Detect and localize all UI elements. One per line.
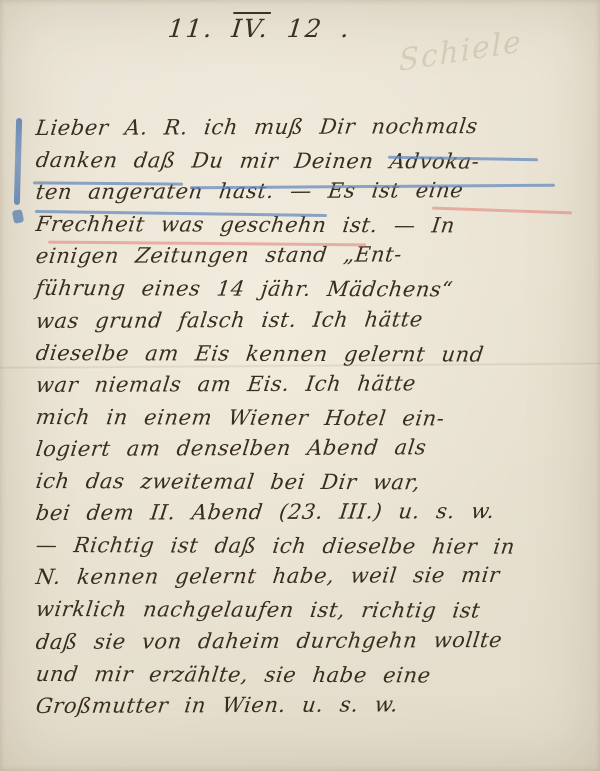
date-day: 11.: [166, 14, 215, 43]
date-line: 11. IV. 12 .: [166, 14, 352, 43]
date-year: 12: [286, 14, 325, 43]
letter-line-15: N. kennen gelernt habe, weil sie mir: [34, 559, 517, 593]
letter-line-16: wirklich nachgelaufen ist, richtig ist: [34, 593, 517, 627]
letter-line-19: Großmutter in Wien. u. s. w.: [34, 688, 517, 722]
letter-line-11: logiert am denselben Abend als: [34, 431, 517, 465]
letter-line-12: ich das zweitemal bei Dir war,: [34, 465, 517, 499]
letter-line-4: Frechheit was geschehn ist. — In: [34, 208, 517, 242]
letter-line-3: ten angeraten hast. — Es ist eine: [34, 174, 517, 208]
letter-line-2: danken daß Du mir Deinen Advoka-: [34, 144, 517, 178]
letter-line-10: mich in einem Wiener Hotel ein-: [34, 401, 517, 435]
letter-line-9: war niemals am Eis. Ich hätte: [34, 367, 517, 401]
letter-line-14: — Richtig ist daß ich dieselbe hier in: [34, 529, 517, 563]
letter-body: Lieber A. R. ich muß Dir nochmals danken…: [36, 112, 515, 722]
pencil-inscription: Schiele: [398, 24, 522, 79]
blue-margin-stroke: [14, 118, 22, 205]
letter-line-13: bei dem II. Abend (23. III.) u. s. w.: [34, 495, 517, 529]
letter-line-1: Lieber A. R. ich muß Dir nochmals: [34, 110, 517, 144]
letter-line-6: führung eines 14 jähr. Mädchens“: [34, 272, 517, 306]
date-trailing-dot: .: [339, 14, 352, 43]
letter-line-7: was grund falsch ist. Ich hätte: [34, 302, 517, 336]
letter-page: Schiele 11. IV. 12 . Lieber A. R. ich mu…: [0, 0, 600, 771]
blue-margin-tick: [12, 209, 24, 224]
date-month-roman: IV.: [230, 14, 271, 43]
letter-line-5: einigen Zeitungen stand „Ent-: [34, 238, 517, 272]
letter-line-8: dieselbe am Eis kennen gelernt und: [34, 337, 517, 371]
letter-line-17: daß sie von daheim durchgehn wollte: [34, 623, 517, 657]
letter-line-18: und mir erzählte, sie habe eine: [34, 658, 517, 692]
